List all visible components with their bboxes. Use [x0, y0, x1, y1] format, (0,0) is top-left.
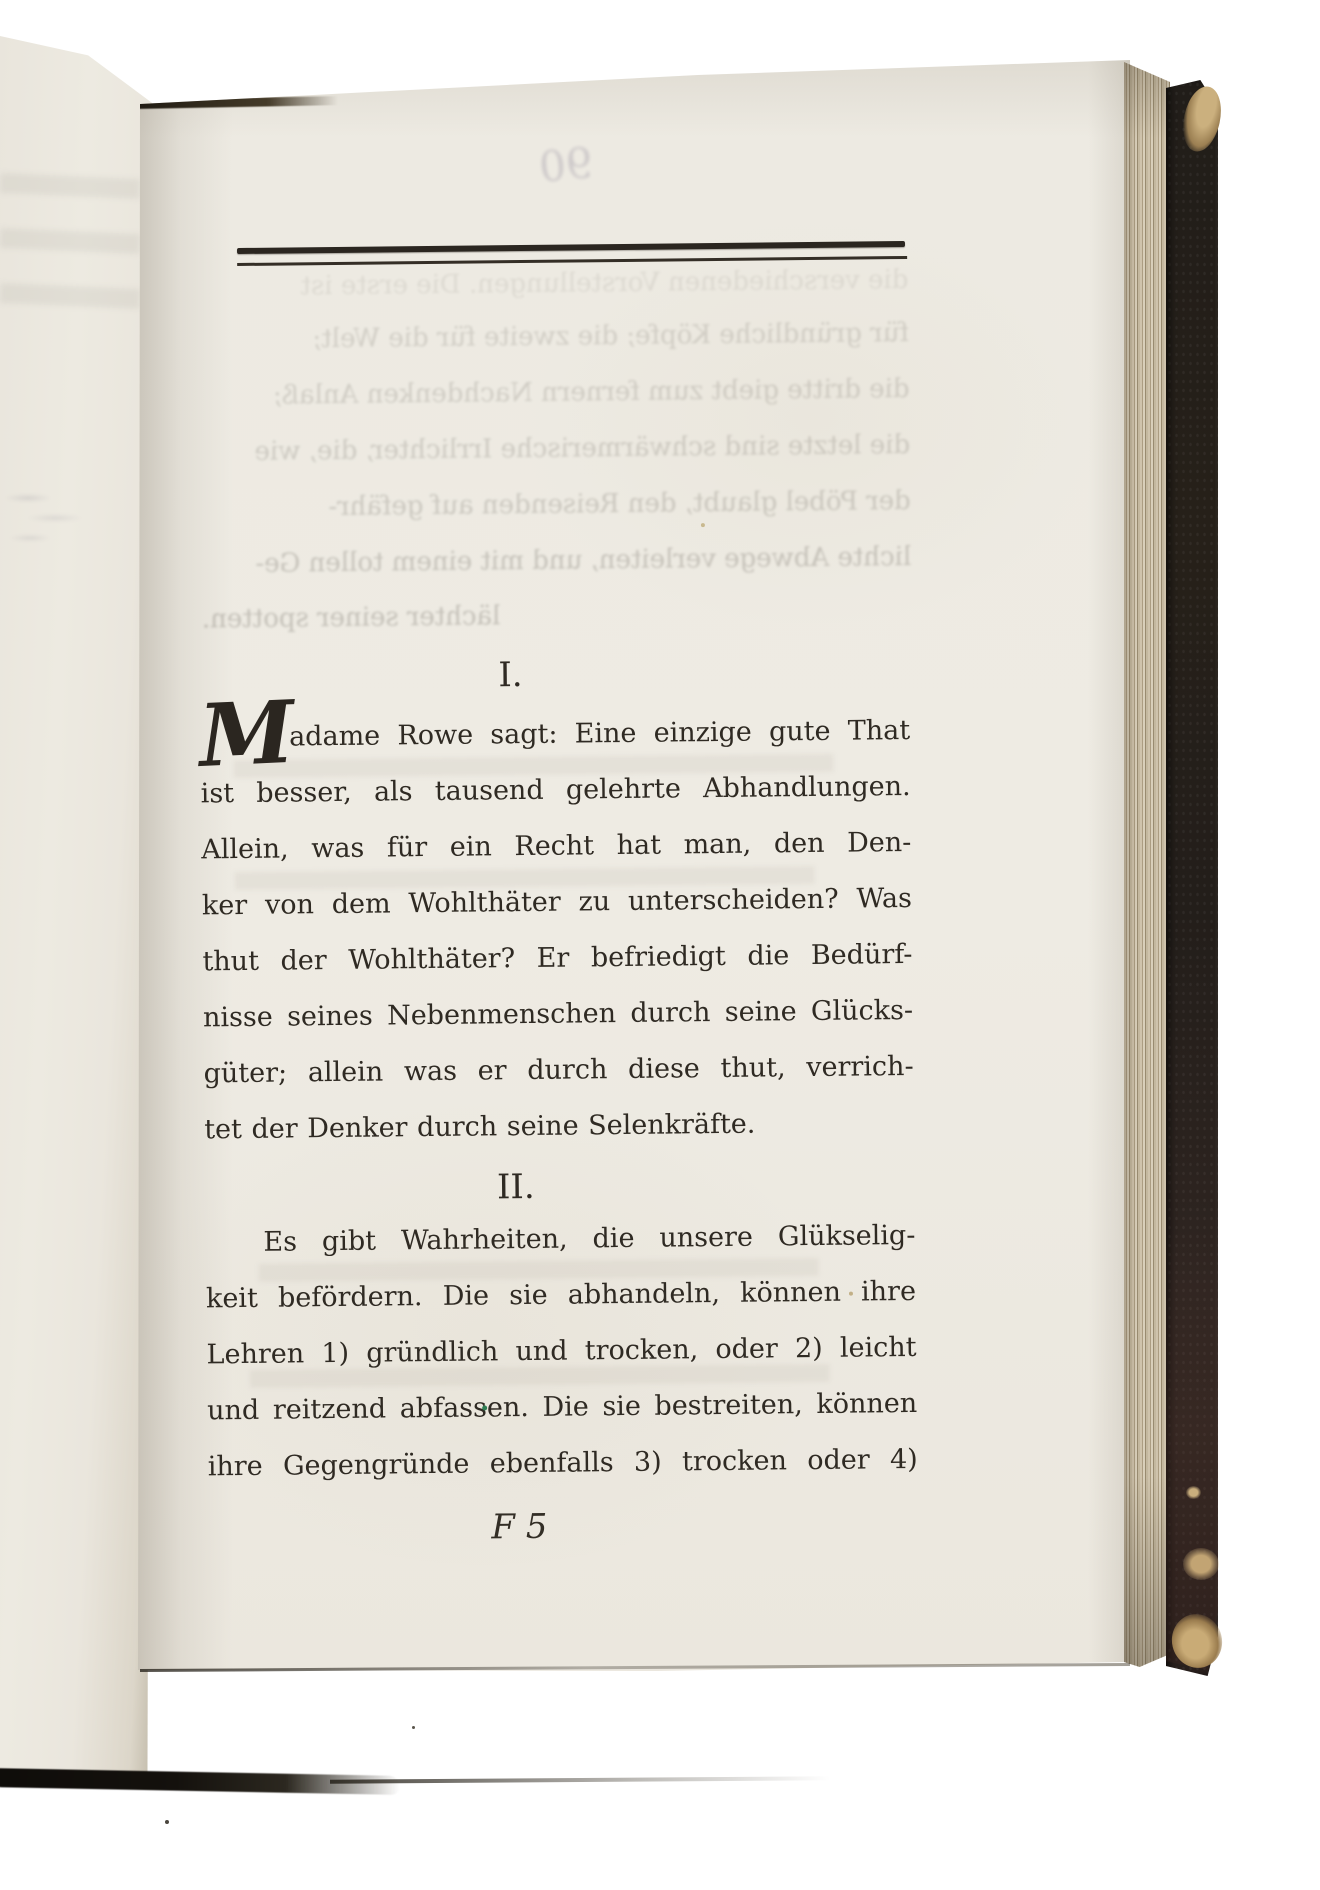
dust-speck — [412, 1726, 415, 1729]
dust-speck — [165, 1820, 169, 1824]
show-through-handwriting — [0, 474, 100, 554]
body-line: ker von dem Wohlthäter zu unterscheiden?… — [202, 883, 913, 946]
body-line: und reitzend abfassen. Die sie bestreite… — [207, 1388, 918, 1451]
ghost-text-line: lächter seiner spotten. — [202, 597, 912, 634]
body-line: keit befördern. Die sie abhandeln, könne… — [206, 1276, 917, 1339]
head-rule-thin — [237, 256, 907, 266]
ghost-text-line: für gründliche Köpfe; die zweite für die… — [199, 318, 909, 355]
paper-fleck — [849, 1292, 853, 1296]
photo-background: 90 die verschiedenen Vorstellungen. Die … — [0, 0, 1320, 1890]
facing-page — [0, 36, 152, 1796]
body-line: thut der Wohlthäter? Er befriedigt die B… — [202, 939, 913, 1002]
book-page: 90 die verschiedenen Vorstellungen. Die … — [138, 58, 1130, 1690]
body-line: tet der Denker durch seine Selenkräfte. — [204, 1107, 915, 1170]
ghost-text-line: die dritte giebt zum fernern Nachdenken … — [199, 374, 909, 411]
spine-wear-dot — [1186, 1486, 1201, 1499]
ghost-text-line: der Pöbel glaubt, den Reisenden auf gefä… — [201, 486, 911, 523]
page-content: 90 die verschiedenen Vorstellungen. Die … — [136, 49, 1145, 1691]
body-line: Es gibt Wahrheiten, die unsere Glükselig… — [205, 1220, 916, 1283]
page-fore-edge — [1124, 58, 1170, 1670]
section-heading-2: II. — [208, 1164, 824, 1210]
body-line: Allein, was für ein Recht hat man, den D… — [201, 827, 912, 890]
ghost-text-line: die letzte sind schwärmerische Irrlichte… — [200, 430, 910, 467]
body-line: nisse seines Nebenmenschen durch seine G… — [203, 995, 914, 1058]
signature-mark: F 5 — [211, 1504, 827, 1550]
ghost-page-number: 90 — [537, 138, 595, 192]
ghost-text-line: lichte Abwege verleiten, und mit einem t… — [201, 542, 911, 579]
body-line: ihre Gegengründe ebenfalls 3) trocken od… — [208, 1444, 919, 1507]
ghost-text-line: die verschiedenen Vorstellungen. Die ers… — [198, 265, 908, 302]
section-heading-1: I. — [202, 652, 818, 698]
spine-wear-bottom — [1183, 1548, 1219, 1580]
body-line: güter; allein was er durch diese thut, v… — [203, 1051, 914, 1114]
green-fleck — [482, 1405, 487, 1410]
fore-edge-shading — [1124, 58, 1170, 1670]
drop-cap: M — [197, 690, 296, 780]
paper-fleck — [701, 523, 705, 527]
body-line: adame Rowe sagt: Eine einzige gute That — [289, 715, 911, 777]
body-line: ist besser, als tausend gelehrte Abhandl… — [201, 771, 912, 834]
show-through-smudge — [0, 173, 140, 199]
cover-bottom-edge-line — [330, 1776, 830, 1783]
show-through-smudge — [0, 283, 140, 309]
spine-lower-tint — [1166, 1230, 1218, 1670]
body-line: Lehren 1) gründlich und trocken, oder 2)… — [206, 1332, 917, 1395]
show-through-smudge — [0, 228, 140, 254]
head-rule-thick — [237, 241, 905, 254]
